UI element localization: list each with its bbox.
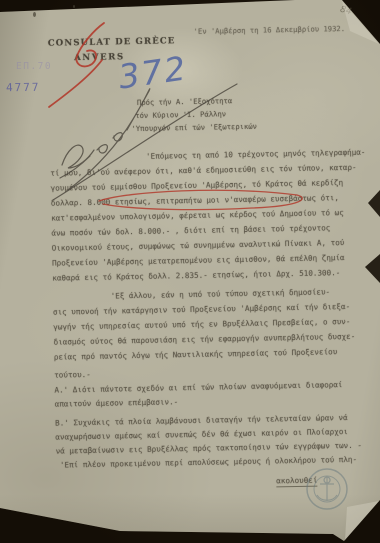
- handwritten-signature: [53, 84, 237, 200]
- red-pencil-annotation: [49, 23, 104, 107]
- paper-tear: [368, 190, 380, 217]
- consulate-seal-stamp: [307, 469, 347, 509]
- scan-background: CONSULAT DE GRÈCE ANVERS 'Εν 'Αμβέρση τη…: [0, 0, 380, 543]
- red-pencil-circle-annotation: [99, 190, 302, 209]
- corner-fold: [342, 1, 379, 44]
- annotation-overlay: 372: [0, 0, 380, 543]
- corner-fold: [345, 501, 379, 540]
- paper-tear: [365, 254, 380, 283]
- file-number-handwritten: 372: [116, 48, 190, 96]
